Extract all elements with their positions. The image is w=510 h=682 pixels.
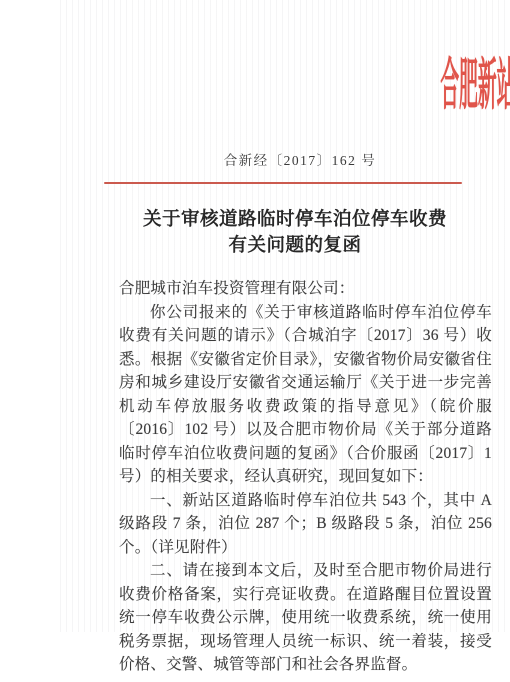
scanned-document-page: 合肥新站高新技术产业开发区经贸发展局文件 合新经〔2017〕162 号 关于审核… (0, 0, 510, 682)
document-body: 合肥城市泊车投资管理有限公司： 你公司报来的《关于审核道路临时停车泊位停车收费有… (119, 277, 492, 677)
red-separator-line (104, 182, 462, 184)
body-paragraphs: 你公司报来的《关于审核道路临时停车泊位停车收费有关问题的请示》（合城泊字〔201… (119, 301, 492, 677)
document-title: 关于审核道路临时停车泊位停车收费 有关问题的复函 (100, 207, 490, 259)
document-title-line2: 有关问题的复函 (100, 233, 490, 259)
recipient-salutation: 合肥城市泊车投资管理有限公司： (119, 277, 492, 301)
document-title-line1: 关于审核道路临时停车泊位停车收费 (100, 207, 490, 233)
body-paragraph: 一、新站区道路临时停车泊位共 543 个，其中 A 级路段 7 条，泊位 287… (119, 489, 492, 560)
body-paragraph: 你公司报来的《关于审核道路临时停车泊位停车收费有关问题的请示》（合城泊字〔201… (119, 301, 492, 489)
document-number: 合新经〔2017〕162 号 (110, 149, 490, 169)
red-letterhead: 合肥新站高新技术产业开发区经贸发展局文件 (68, 58, 502, 114)
issuing-agency-title: 合肥新站高新技术产业开发区经贸发展局文件 (440, 58, 510, 114)
body-paragraph: 二、请在接到本文后，及时至合肥市物价局进行收费价格备案，实行亮证收费。在道路醒目… (119, 559, 492, 677)
